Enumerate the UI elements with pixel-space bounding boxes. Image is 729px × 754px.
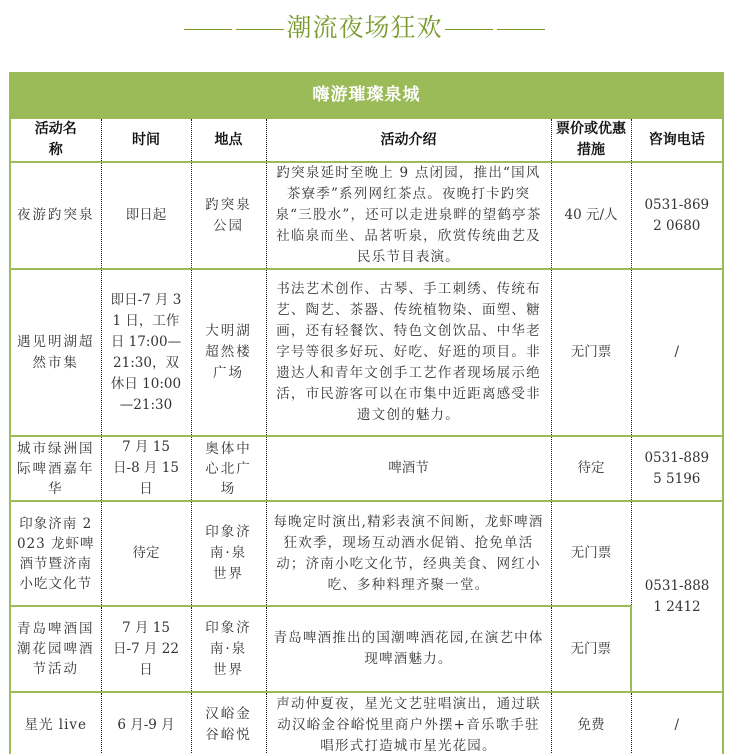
cell-time: 7 月 15 日-8 月 15 日 (101, 436, 191, 501)
cell-phone: 0531-8692 0680 (631, 162, 723, 269)
cell-intro: 啤酒节 (266, 436, 551, 501)
cell-intro: 每晚定时演出,精彩表演不间断，龙虾啤酒狂欢季，现场互动酒水促销、抢免单活动；济南… (266, 501, 551, 606)
table-row: 青岛啤酒国潮花园啤酒节活动 7 月 15 日-7 月 22 日 印象济南·泉世界… (10, 606, 723, 692)
table-row: 夜游趵突泉 即日起 趵突泉公园 趵突泉延时至晚上 9 点闭园，推出“国风茶寮季”… (10, 162, 723, 269)
cell-activity-name: 印象济南 2023 龙虾啤酒节暨济南小吃文化节 (10, 501, 101, 606)
table-row: 遇见明湖超然市集 即日-7 月 31 日，工作日 17:00—21:30，双休日… (10, 269, 723, 436)
table-banner-row: 嗨游璀璨泉城 (10, 73, 723, 118)
header-activity-name: 活动名称 (10, 118, 101, 162)
table-header-row: 活动名称 时间 地点 活动介绍 票价或优惠措施 咨询电话 (10, 118, 723, 162)
cell-price: 无门票 (551, 269, 631, 436)
events-table: 嗨游璀璨泉城 活动名称 时间 地点 活动介绍 票价或优惠措施 咨询电话 夜游趵突… (9, 72, 724, 754)
cell-phone: / (631, 692, 723, 754)
cell-activity-name: 星光 live (10, 692, 101, 754)
table-banner: 嗨游璀璨泉城 (10, 73, 723, 118)
cell-activity-name: 夜游趵突泉 (10, 162, 101, 269)
cell-activity-name: 城市绿洲国际啤酒嘉年华 (10, 436, 101, 501)
table-row: 城市绿洲国际啤酒嘉年华 7 月 15 日-8 月 15 日 奥体中心北广场 啤酒… (10, 436, 723, 501)
cell-intro: 趵突泉延时至晚上 9 点闭园，推出“国风茶寮季”系列网红茶点。夜晚打卡趵突泉“三… (266, 162, 551, 269)
cell-phone: / (631, 269, 723, 436)
cell-intro: 青岛啤酒推出的国潮啤酒花园,在演艺中体现啤酒魅力。 (266, 606, 551, 692)
header-place: 地点 (191, 118, 266, 162)
table-row: 印象济南 2023 龙虾啤酒节暨济南小吃文化节 待定 印象济南·泉世界 每晚定时… (10, 501, 723, 606)
cell-place: 奥体中心北广场 (191, 436, 266, 501)
cell-time: 即日起 (101, 162, 191, 269)
cell-price: 免费 (551, 692, 631, 754)
cell-phone-merged: 0531-8881 2412 (631, 501, 723, 692)
cell-intro: 书法艺术创作、古琴、手工刺绣、传统布艺、陶艺、茶器、传统植物染、面塑、糖画，还有… (266, 269, 551, 436)
cell-place: 印象济南·泉世界 (191, 501, 266, 606)
header-phone: 咨询电话 (631, 118, 723, 162)
header-intro: 活动介绍 (266, 118, 551, 162)
cell-phone: 0531-8895 5196 (631, 436, 723, 501)
header-time: 时间 (101, 118, 191, 162)
table-row: 星光 live 6 月-9 月 汉峪金谷峪悦 声动仲夏夜，星光文艺驻唱演出，通过… (10, 692, 723, 754)
title-dash-left (184, 29, 232, 31)
cell-price: 40 元/人 (551, 162, 631, 269)
cell-place: 大明湖超然楼广场 (191, 269, 266, 436)
title-dash-right (445, 29, 493, 31)
title-dash-left-2 (236, 29, 284, 31)
cell-price: 无门票 (551, 501, 631, 606)
cell-time: 7 月 15 日-7 月 22 日 (101, 606, 191, 692)
cell-price: 无门票 (551, 606, 631, 692)
page-title-text: 潮流夜场狂欢 (286, 13, 442, 42)
cell-place: 汉峪金谷峪悦 (191, 692, 266, 754)
cell-place: 印象济南·泉世界 (191, 606, 266, 692)
page-title: 潮流夜场狂欢 (0, 8, 729, 48)
title-dash-right-2 (497, 29, 545, 31)
cell-intro: 声动仲夏夜，星光文艺驻唱演出，通过联动汉峪金谷峪悦里商户外摆+音乐歌手驻唱形式打… (266, 692, 551, 754)
cell-time: 待定 (101, 501, 191, 606)
cell-time: 即日-7 月 31 日，工作日 17:00—21:30，双休日 10:00—21… (101, 269, 191, 436)
cell-time: 6 月-9 月 (101, 692, 191, 754)
header-price: 票价或优惠措施 (551, 118, 631, 162)
cell-activity-name: 青岛啤酒国潮花园啤酒节活动 (10, 606, 101, 692)
cell-price: 待定 (551, 436, 631, 501)
cell-place: 趵突泉公园 (191, 162, 266, 269)
cell-activity-name: 遇见明湖超然市集 (10, 269, 101, 436)
